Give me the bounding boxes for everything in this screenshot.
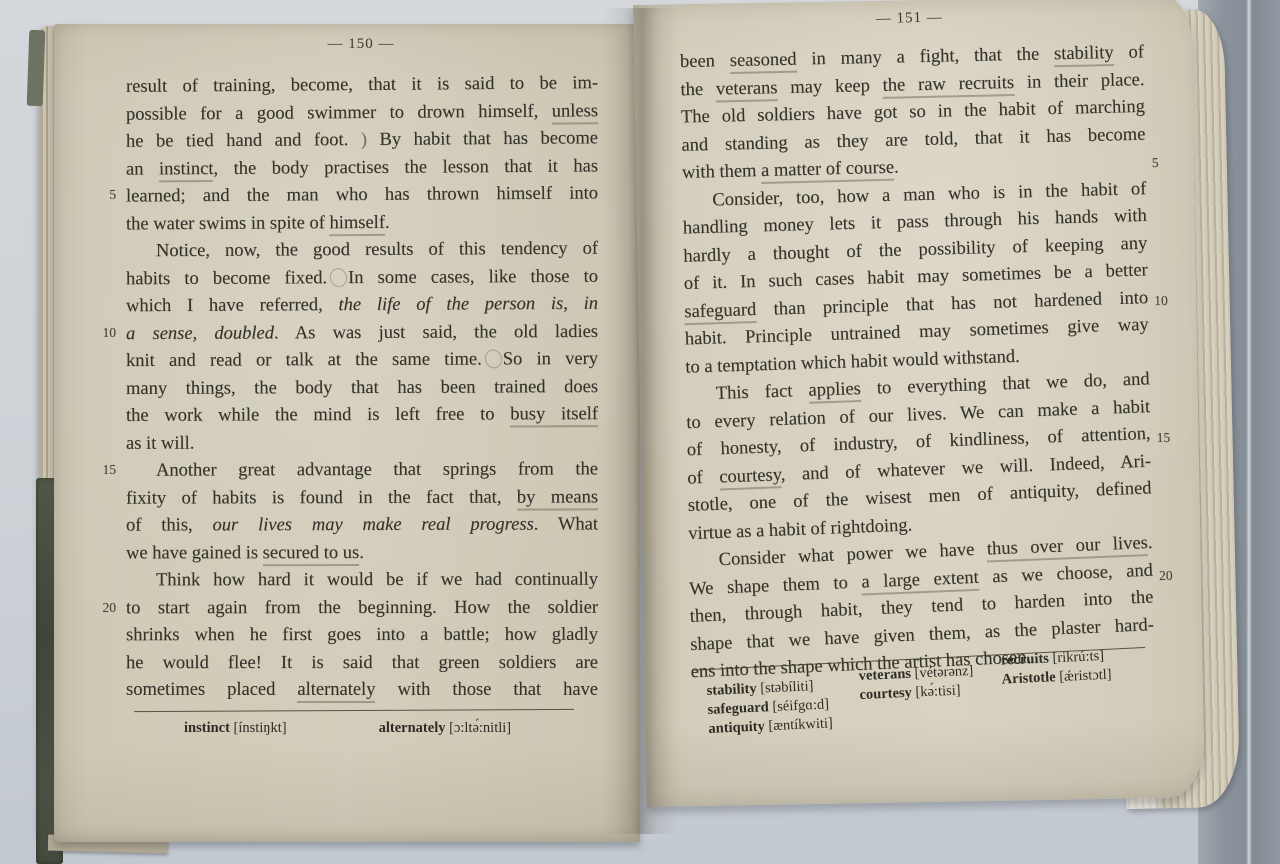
text-segment: We shape them to xyxy=(689,572,862,599)
text-segment: sometimes placed xyxy=(126,680,297,700)
text-segment: the water swims in spite of xyxy=(126,213,330,234)
text-segment: alternately xyxy=(297,680,375,703)
footnote-pronunciation: [ǽristɔtl] xyxy=(1055,667,1112,686)
text-segment: of this, xyxy=(126,515,213,535)
text-segment: been xyxy=(680,51,730,72)
text-line: he be tied hand and foot. ) By habit tha… xyxy=(126,125,598,156)
book-cover-top-fragment xyxy=(27,30,46,107)
text-segment: habits to become fixed. xyxy=(126,268,327,289)
footnote-entry: courtesy [kə́:tisi] xyxy=(859,682,974,704)
page-150: — 150 — result of training, become, that… xyxy=(54,24,640,842)
text-line: we have gained is secured to us. xyxy=(126,539,598,567)
text-segment: by means xyxy=(517,487,598,510)
book-photo: — 150 — result of training, become, that… xyxy=(0,0,1280,864)
text-segment: in their place. xyxy=(1014,70,1145,93)
footnote-word: Aristotle xyxy=(1001,669,1056,687)
text-segment: he would flee! It is said that green sol… xyxy=(126,652,598,672)
text-segment: he be tied hand and foot. xyxy=(126,130,348,152)
text-segment: we have gained is xyxy=(126,543,263,563)
footnote-pronunciation: [ɔ:ltə́:nitli] xyxy=(445,720,511,736)
text-line: habits to become fixed.In some cases, li… xyxy=(126,263,598,293)
text-segment: . xyxy=(385,212,390,232)
text-segment: a matter of course xyxy=(761,158,895,184)
text-segment: unless xyxy=(552,101,598,124)
footnote-word: alternately xyxy=(379,720,446,736)
text-segment: to everything that we do, and xyxy=(861,369,1150,399)
text-line: sometimes placed alternately with those … xyxy=(126,677,598,705)
text-segment: the raw recruits xyxy=(882,72,1014,98)
text-line: he would flee! It is said that green sol… xyxy=(126,649,598,677)
text-segment: with them xyxy=(682,161,762,183)
text-segment: . As was just said, the old ladies xyxy=(274,321,598,343)
text-line: Another great advantage that springs fro… xyxy=(126,456,598,485)
text-segment: of xyxy=(687,467,720,488)
text-segment: result of training, become, that it is s… xyxy=(126,73,598,97)
footnote-row: instinct [ínstiŋkt]alternately [ɔ:ltə́:n… xyxy=(126,720,598,737)
text-line: Notice, now, the good results of this te… xyxy=(126,236,598,266)
pencil-mark: ) xyxy=(348,130,379,150)
footnote-word: veterans xyxy=(858,666,911,684)
footnote-column: recruits [rikrú:ts]Aristotle [ǽristɔtl] xyxy=(1001,648,1114,725)
text-line: an instinct, the body practises the less… xyxy=(126,153,598,184)
footnote-word: antiquity xyxy=(708,718,765,737)
text-segment: veterans xyxy=(716,78,778,102)
footnote-rule xyxy=(134,709,574,712)
text-line: possible for a good swimmer to drown him… xyxy=(126,98,598,129)
text-segment: a sense, doubled xyxy=(126,323,274,344)
text-segment: . What xyxy=(534,514,598,534)
text-line: a sense, doubled. As was just said, the … xyxy=(126,318,598,348)
text-line: fixity of habits is found in the fact th… xyxy=(126,484,598,513)
text-segment: In some cases, like those to xyxy=(348,266,598,287)
text-segment: possible for a good swimmer to drown him… xyxy=(126,101,552,124)
page-number-151: — 151 — xyxy=(679,6,1139,31)
text-segment: secured to us xyxy=(263,543,360,566)
text-segment: may keep xyxy=(777,75,883,97)
text-segment: a large extent xyxy=(861,567,979,595)
text-segment: applies xyxy=(808,379,861,404)
pencil-circle-mark xyxy=(328,265,350,288)
footnote-pronunciation: [stəbíliti] xyxy=(756,678,813,697)
text-segment: himself xyxy=(329,212,385,235)
footnote-pronunciation: [vétərənz] xyxy=(911,663,974,682)
text-segment: many things, the body that has been trai… xyxy=(126,377,598,399)
margin-line-number: 15 xyxy=(1156,430,1182,446)
text-segment: . xyxy=(894,158,899,178)
footnote-entry: instinct [ínstiŋkt] xyxy=(184,720,287,737)
text-segment: busy itself xyxy=(510,404,598,427)
footnote-pronunciation: [séifgɑ:d] xyxy=(768,696,829,715)
text-segment: courtesy xyxy=(719,465,781,490)
footnote-pronunciation: [ínstiŋkt] xyxy=(230,720,287,736)
margin-line-number: 20 xyxy=(1159,567,1185,583)
text-segment: virtue as a habit of rightdoing. xyxy=(688,515,913,544)
text-line: as it will. xyxy=(126,429,598,458)
text-segment: knit and read or talk at the same time. xyxy=(126,349,482,371)
text-line: of this, our lives may make real progres… xyxy=(126,511,598,540)
text-segment: the xyxy=(680,79,716,100)
page-151-text-block: been seasoned in many a fight, that the … xyxy=(680,40,1155,681)
footnote-entry: Aristotle [ǽristɔtl] xyxy=(1001,667,1112,689)
margin-line-number: 5 xyxy=(1152,155,1178,171)
footnote-word: safeguard xyxy=(707,699,769,718)
text-segment: of xyxy=(1113,42,1144,63)
text-line: learned; and the man who has thrown hims… xyxy=(126,180,598,211)
glass-edge-highlight xyxy=(1246,0,1252,864)
text-line: which I have referred, the life of the p… xyxy=(126,291,598,321)
text-segment: Think how hard it would be if we had con… xyxy=(156,570,598,591)
footnote-column: alternately [ɔ:ltə́:nitli] xyxy=(379,720,511,737)
page-number-150: — 150 — xyxy=(126,36,596,53)
footnote-pronunciation: [kə́:tisi] xyxy=(912,682,961,700)
footnote-entry: alternately [ɔ:ltə́:nitli] xyxy=(379,720,511,737)
text-line: the work while the mind is left free to … xyxy=(126,401,598,430)
footnote-word: courtesy xyxy=(859,685,912,703)
footnote-entry: antiquity [æntíkwiti] xyxy=(708,715,833,738)
margin-line-number: 20 xyxy=(90,600,116,616)
footnote-pronunciation: [æntíkwiti] xyxy=(764,715,833,734)
text-line: to start again from the beginning. How t… xyxy=(126,594,598,622)
text-line: shrinks when he first goes into a battle… xyxy=(126,622,598,650)
text-segment: as we choose, and xyxy=(978,560,1153,587)
margin-line-number: 15 xyxy=(90,462,116,478)
text-segment: seasoned xyxy=(730,50,797,74)
text-segment: as it will. xyxy=(126,433,194,453)
text-segment: . xyxy=(359,542,364,562)
text-line: result of training, become, that it is s… xyxy=(126,70,598,101)
text-segment: instinct xyxy=(159,159,214,182)
page-151: — 151 — been seasoned in many a fight, t… xyxy=(633,0,1205,807)
text-segment: which I have referred, xyxy=(126,295,339,316)
text-segment: the work while the mind is left free to xyxy=(126,404,510,425)
text-segment: Notice, now, the good results of this te… xyxy=(156,239,598,262)
text-segment: an xyxy=(126,159,159,179)
pencil-circle-mark xyxy=(482,347,504,370)
margin-line-number: 10 xyxy=(1154,292,1180,308)
text-line: knit and read or talk at the same time.S… xyxy=(126,346,598,376)
text-segment: in many a fight, that the xyxy=(796,44,1054,69)
footnote-column: stability [stəbíliti]safeguard [séifgɑ:d… xyxy=(706,677,833,738)
text-segment: learned; and the man who has thrown hims… xyxy=(126,183,598,206)
text-segment: with those that have xyxy=(375,680,598,700)
text-line: many things, the body that has been trai… xyxy=(126,374,598,403)
text-segment: shrinks when he first goes into a battle… xyxy=(126,625,598,645)
footnote-column: instinct [ínstiŋkt] xyxy=(184,720,287,737)
footnote-word: stability xyxy=(706,681,757,699)
margin-line-number: 5 xyxy=(90,187,116,203)
page-150-text-block: result of training, become, that it is s… xyxy=(126,72,598,705)
text-segment: safeguard xyxy=(684,300,757,325)
text-line: Think how hard it would be if we had con… xyxy=(126,567,598,595)
footnote-word: instinct xyxy=(184,720,230,736)
text-segment: fixity of habits is found in the fact th… xyxy=(126,487,517,508)
text-segment: By habit that has become xyxy=(379,128,598,150)
text-segment: , the body practises the lesson that it … xyxy=(213,156,598,179)
text-segment: the life of the person is, in xyxy=(338,294,598,315)
margin-line-number: 10 xyxy=(90,325,116,341)
text-segment: stability xyxy=(1054,43,1114,67)
text-segment: Another great advantage that springs fro… xyxy=(156,459,598,480)
text-segment: our lives may make real progress xyxy=(212,515,533,536)
text-segment: . xyxy=(1147,533,1152,553)
page-150-footnotes: instinct [ínstiŋkt]alternately [ɔ:ltə́:n… xyxy=(126,710,598,737)
footnote-column: veterans [vétərənz]courtesy [kə́:tisi] xyxy=(858,663,975,731)
text-segment: to start again from the beginning. How t… xyxy=(126,597,598,618)
text-line: the water swims in spite of himself. xyxy=(126,208,598,238)
text-segment: This fact xyxy=(715,381,808,404)
text-segment: So in very xyxy=(503,349,598,369)
